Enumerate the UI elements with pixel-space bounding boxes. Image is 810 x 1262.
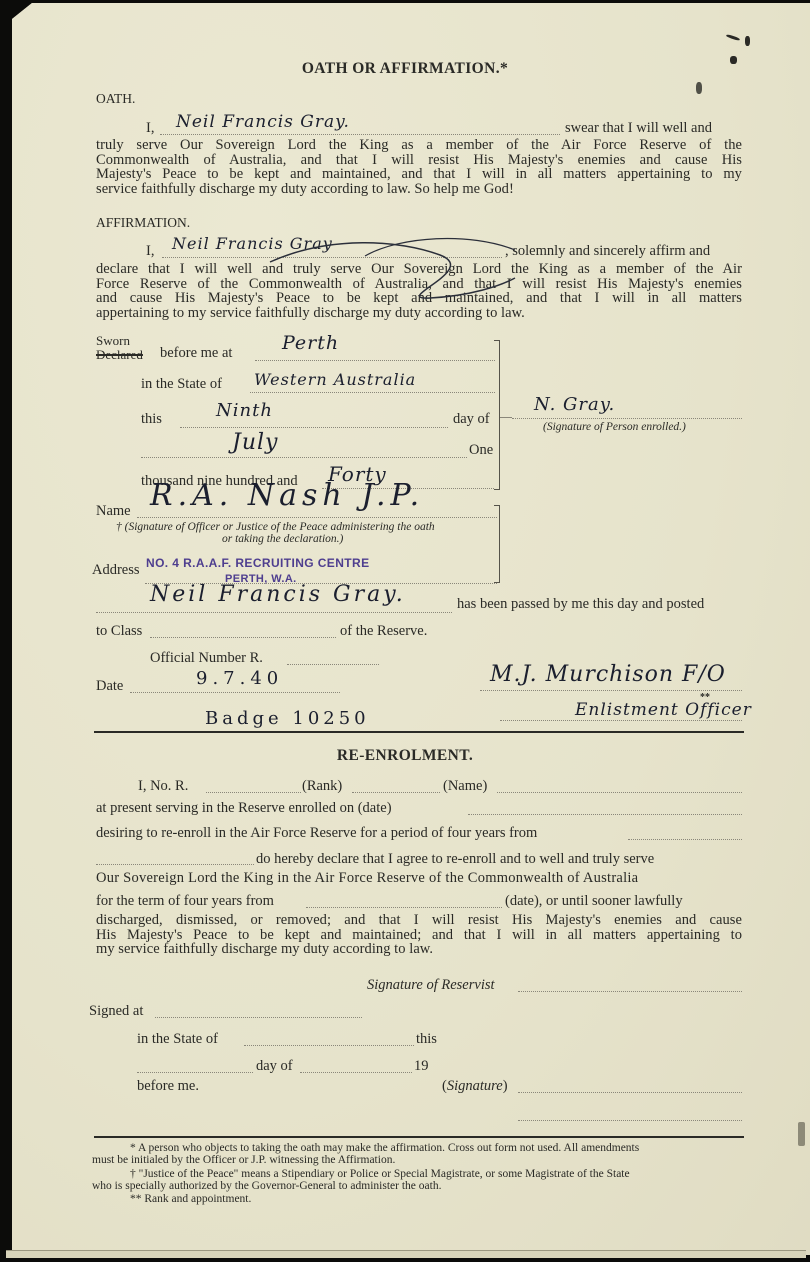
page-tear-mark — [798, 1122, 805, 1146]
officer-block-bracket — [494, 505, 500, 583]
reenrol-name-label: (Name) — [443, 778, 487, 795]
this-label: this — [141, 411, 162, 428]
sworn-label: Sworn — [96, 334, 130, 348]
officer-signature-handwritten[interactable]: R.A. Nash J.P. — [150, 478, 424, 513]
day-handwritten[interactable]: Ninth — [216, 400, 273, 421]
reenrol-name-line — [497, 792, 742, 793]
reenrol-line: His Majesty's Peace to be kept and maint… — [96, 928, 742, 943]
reenrol-serving-label: at present serving in the Reserve enroll… — [96, 800, 392, 817]
reenrol-from-line-a — [628, 839, 742, 840]
signed-at-label: Signed at — [89, 1003, 143, 1020]
reenrol-no-label: I, No. R. — [138, 778, 188, 795]
reenrol-day-line — [137, 1072, 253, 1073]
class-line — [150, 637, 336, 638]
reservist-signature-label: Signature of Reservist — [367, 977, 495, 994]
reenrol-rank-line — [352, 792, 440, 793]
footnote-1-line1: * A person who objects to taking the oat… — [130, 1142, 639, 1154]
enrolled-signature-caption: (Signature of Person enrolled.) — [543, 421, 686, 433]
enlistment-officer-signature-handwritten[interactable]: M.J. Murchison F/O — [490, 662, 726, 687]
reenrol-desiring-label: desiring to re-enroll in the Air Force R… — [96, 825, 537, 842]
reenrol-declare-label: do hereby declare that I agree to re-enr… — [256, 851, 654, 868]
state-handwritten[interactable]: Western Australia — [254, 370, 416, 389]
declared-label-struck: Declared — [96, 348, 143, 362]
to-class-label: to Class — [96, 623, 142, 640]
officer-signature-line — [137, 517, 497, 518]
reenrol-state-label: in the State of — [137, 1031, 218, 1048]
state-line — [250, 392, 495, 393]
signed-at-line — [155, 1017, 362, 1018]
sworn-block-bracket — [494, 340, 500, 490]
footnote-1-line2: must be initialed by the Officer or J.P.… — [92, 1154, 395, 1166]
place-line — [255, 360, 495, 361]
reenrol-term-date-line — [306, 907, 502, 908]
before-me-at-label: before me at — [160, 345, 232, 362]
reenrol-no-line — [206, 792, 301, 793]
date-label: Date — [96, 678, 123, 695]
page-bottom-edge — [6, 1250, 806, 1258]
place-handwritten[interactable]: Perth — [282, 332, 339, 354]
date-handwritten[interactable]: 9.7.40 — [196, 668, 283, 689]
reenrol-day-of-label: day of — [256, 1058, 293, 1075]
rank-appointment-mark: ** — [700, 692, 710, 703]
footnote-divider-rule — [94, 1136, 744, 1138]
reenrol-year-prefix: 19 — [414, 1058, 429, 1075]
reenrol-line: discharged, dismissed, or removed; and t… — [96, 913, 742, 928]
enrolled-signature-handwritten[interactable]: N. Gray. — [534, 394, 615, 415]
affirmation-cross-out-stroke — [0, 0, 810, 340]
reenrol-term-suffix: (date), or until sooner lawfully — [505, 893, 683, 910]
reenrol-signature-label: (Signature) — [442, 1078, 508, 1095]
footnote-3: ** Rank and appointment. — [130, 1193, 251, 1205]
of-reserve-label: of the Reserve. — [340, 623, 427, 640]
name-label: Name — [96, 503, 131, 520]
posting-name-line — [96, 612, 452, 613]
enlistment-officer-title-line — [500, 720, 742, 721]
one-label: One — [469, 442, 493, 459]
address-label: Address — [92, 562, 140, 579]
enlistment-officer-title-handwritten[interactable]: Enlistment Officer — [575, 700, 752, 720]
reenrol-rank-label: (Rank) — [302, 778, 342, 795]
reenrol-term-label: for the term of four years from — [96, 893, 274, 910]
reenrol-state-line — [244, 1045, 414, 1046]
reenrol-rank-appointment-line — [518, 1120, 742, 1121]
reenrol-sovereign-line: Our Sovereign Lord the King in the Air F… — [96, 870, 638, 887]
state-label: in the State of — [141, 376, 222, 393]
day-of-label: day of — [453, 411, 490, 428]
recruiting-centre-stamp-line1: NO. 4 R.A.A.F. RECRUITING CENTRE — [146, 556, 369, 570]
reenrol-line: my service faithfully discharge my duty … — [96, 942, 742, 957]
passed-text: has been passed by me this day and poste… — [457, 596, 704, 613]
bracket-connector — [500, 417, 512, 418]
officer-caption-line1: † (Signature of Officer or Justice of th… — [116, 521, 435, 533]
official-number-label: Official Number R. — [150, 650, 263, 667]
reenrol-enrolled-date-line — [468, 814, 742, 815]
signature-word: Signature — [447, 1078, 503, 1094]
reenrolment-title: RE-ENROLMENT. — [0, 747, 810, 765]
reenrol-month-line — [300, 1072, 412, 1073]
badge-handwritten[interactable]: Badge 10250 — [205, 708, 370, 729]
month-handwritten[interactable]: July — [232, 430, 278, 455]
reenrol-this-label: this — [416, 1031, 437, 1048]
enlistment-officer-signature-line — [480, 690, 742, 691]
official-number-line — [287, 664, 379, 665]
reenrol-from-line-b — [96, 864, 254, 865]
section-divider-rule — [94, 731, 744, 733]
reenrol-signature-line — [518, 1092, 742, 1093]
posting-name-handwritten[interactable]: Neil Francis Gray. — [150, 582, 406, 607]
day-line — [180, 427, 448, 428]
officer-caption-line2: or taking the declaration.) — [222, 533, 343, 545]
reservist-signature-line — [518, 991, 742, 992]
reenrol-body-text: discharged, dismissed, or removed; and t… — [96, 913, 742, 957]
footnote-2-line2: who is specially authorized by the Gover… — [92, 1180, 441, 1192]
footnote-2-line1: † "Justice of the Peace" means a Stipend… — [130, 1168, 630, 1180]
enrolled-signature-line — [512, 418, 742, 419]
before-me-label: before me. — [137, 1078, 199, 1095]
month-line — [141, 457, 467, 458]
date-line — [130, 692, 340, 693]
